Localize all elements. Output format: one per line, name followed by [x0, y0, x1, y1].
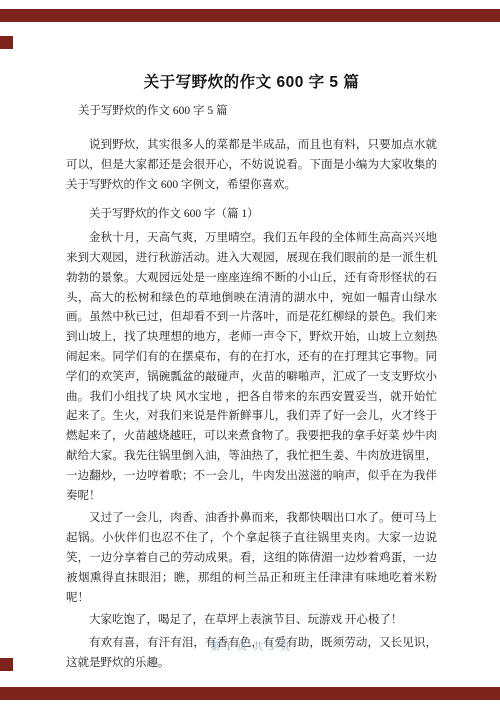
intro-paragraph: 说到野炊，其实很多人的菜都是半成品，而且也有料，只要加点水就可以，但是大家都还是… — [66, 136, 437, 195]
section-heading: 关于写野炊的作文 600 字（篇 1） — [66, 205, 437, 225]
footer-current-page-number: 1 — [226, 642, 231, 653]
doc-subtitle: 关于写野炊的作文 600 字 5 篇 — [78, 103, 437, 119]
footer-label-ye-2: 页 — [280, 642, 290, 653]
footer-label-gong: 共 — [253, 642, 263, 653]
document-content: 关于写野炊的作文 600 字 5 篇 关于写野炊的作文 600 字 5 篇 说到… — [0, 0, 500, 677]
footer-total-page-number: 5 — [269, 642, 274, 653]
footer-label-ye: 页 — [237, 642, 247, 653]
body-paragraph-2: 又过了一会儿，肉香、油香扑鼻而来，我都快咽出口水了。便可马上起锅。小伙伴们也忍不… — [66, 509, 437, 608]
body-paragraph-3: 大家吃饱了，喝足了，在草坪上表演节目、玩游戏 开心极了！ — [66, 611, 437, 631]
bottom-red-separator-bar — [0, 687, 500, 700]
body-paragraph-1: 金秋十月，天高气爽，万里晴空。我们五年段的全体师生高高兴兴地来到大观园，进行秋游… — [66, 229, 437, 506]
page-footer: 第1页共5页 — [0, 641, 500, 655]
footer-label-di: 第 — [210, 642, 220, 653]
document-page: 关于写野炊的作文 600 字 5 篇 关于写野炊的作文 600 字 5 篇 说到… — [0, 0, 500, 707]
page-title: 关于写野炊的作文 600 字 5 篇 — [66, 72, 437, 94]
